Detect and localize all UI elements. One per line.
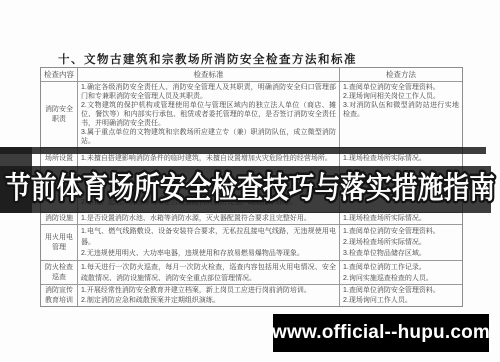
standard-item: 1.是否设置消防水池、水箱等消防水源，灭火器配置符合要求且完整好用。 (81, 214, 336, 224)
standard-item: 2.文物建筑的保护机构或管理使用单位与管理区域内的独立法人单位（商店、摊位、餐饮… (81, 101, 336, 128)
method-item: 1.现场检查场所实际情况。 (343, 214, 459, 224)
row-methods: 1.现场检查场所实际情况。 (339, 213, 462, 224)
standard-item: 1.开展经常性消防安全教育并建立档案，新上岗员工应进行岗前消防培训。 (81, 286, 336, 296)
row-label: 用火用电管理 (41, 225, 77, 260)
method-item: 2.现场询问相关岗位工作人员。 (343, 92, 459, 101)
method-item: 2.现场询问工作人员。 (343, 296, 459, 306)
headline-banner: 节前体育场所安全检查技巧与落实措施指南 (0, 162, 500, 212)
table-header-row: 检查内容 检查标准 检查方法 (41, 68, 462, 81)
method-item: 2.询问实施巡查检查的人员。 (343, 273, 459, 284)
standard-item: 3.属于重点单位的文物建筑和宗教场所应建立专（兼）职消防队伍，成立微型消防站。 (81, 128, 336, 146)
row-methods: 1.查阅单位消防安全管理资料。 2.现场询问工作人员。 (339, 285, 462, 306)
banner-strip (0, 147, 486, 154)
row-label: 防火检查巡查 (41, 261, 77, 284)
row-methods: 1.查阅单位消防工作记录。 2.询问实施巡查检查的人员。 (339, 261, 462, 284)
method-item: 1.查阅单位消防安全管理资料。 (343, 286, 459, 296)
row-label: 消防设施 (41, 213, 77, 224)
article-thumbnail: 十、文物古建筑和宗教场所消防安全检查方法和标准 检查内容 检查标准 检查方法 消… (0, 0, 500, 362)
document-title: 十、文物古建筑和宗教场所消防安全检查方法和标准 (58, 51, 357, 67)
watermark-badge: www.official--hupu.com (273, 314, 489, 352)
row-standards: 1.电气、燃气线路敷设、设备安装符合要求，无私拉乱接电气线路，无违规使用电器。 … (77, 225, 339, 260)
header-cell-method: 检查方法 (339, 68, 462, 81)
method-item: 2.现场检查场所实际情况。 (343, 237, 459, 248)
table-row-fire-patrol: 防火检查巡查 1.每天进行一次防火巡查，每月一次防火检查，巡查内容包括用火用电情… (41, 260, 462, 284)
row-label: 消防宣传教育培训 (41, 285, 77, 306)
standard-item: 1.电气、燃气线路敷设、设备安装符合要求，无私拉乱接电气线路，无违规使用电器。 (81, 226, 336, 248)
header-cell-standard: 检查标准 (77, 68, 339, 81)
row-label: 消防安全职责 (41, 82, 77, 147)
standard-item: 2.无违规使用明火、大功率电器，违规使用和存放易燃易爆物品等现象。 (81, 248, 336, 259)
method-item: 1.查阅单位消防安全管理资料。 (343, 226, 459, 237)
table-row-fire-safety-duty: 消防安全职责 1.确定各级消防安全责任人、消防安全管理人及其职责，明确消防安全归… (41, 81, 462, 147)
row-methods: 1.查阅单位消防安全管理资料。 2.现场检查场所实际情况。 3.检查单位物品储存… (339, 225, 462, 260)
method-item: 3.检查单位物品储存区域。 (343, 248, 459, 259)
table-row-fire-facilities: 消防设施 1.是否设置消防水池、水箱等消防水源，灭火器配置符合要求且完整好用。 … (41, 212, 462, 224)
row-standards: 1.确定各级消防安全责任人、消防安全管理人及其职责，明确消防安全归口管理部门和专… (77, 82, 339, 147)
method-item: 1.查阅单位消防工作记录。 (343, 262, 459, 273)
headline-text: 节前体育场所安全检查技巧与落实措施指南 (5, 171, 495, 205)
method-item: 1.查阅单位消防安全管理资料。 (343, 83, 459, 92)
row-standards: 1.开展经常性消防安全教育并建立档案，新上岗员工应进行岗前消防培训。 2.制定消… (77, 285, 339, 306)
header-cell-content: 检查内容 (41, 68, 77, 81)
table-row-education-training: 消防宣传教育培训 1.开展经常性消防安全教育并建立档案，新上岗员工应进行岗前消防… (41, 284, 462, 306)
row-standards: 1.是否设置消防水池、水箱等消防水源，灭火器配置符合要求且完整好用。 (77, 213, 339, 224)
standard-item: 2.制定消防应急和疏散预案并定期组织演练。 (81, 296, 336, 306)
watermark-url: www.official--hupu.com (272, 322, 490, 344)
standard-item: 1.每天进行一次防火巡查，每月一次防火检查，巡查内容包括用火用电情况、安全疏散情… (81, 262, 336, 284)
table-row-fire-electricity: 用火用电管理 1.电气、燃气线路敷设、设备安装符合要求，无私拉乱接电气线路，无违… (41, 224, 462, 260)
row-methods: 1.查阅单位消防安全管理资料。 2.现场询问相关岗位工作人员。 3.对消防队伍和… (339, 82, 462, 147)
method-item: 3.对消防队伍和微型消防站进行实地检查。 (343, 101, 459, 119)
standard-item: 1.确定各级消防安全责任人、消防安全管理人及其职责，明确消防安全归口管理部门和专… (81, 83, 336, 101)
row-standards: 1.每天进行一次防火巡查，每月一次防火检查，巡查内容包括用火用电情况、安全疏散情… (77, 261, 339, 284)
